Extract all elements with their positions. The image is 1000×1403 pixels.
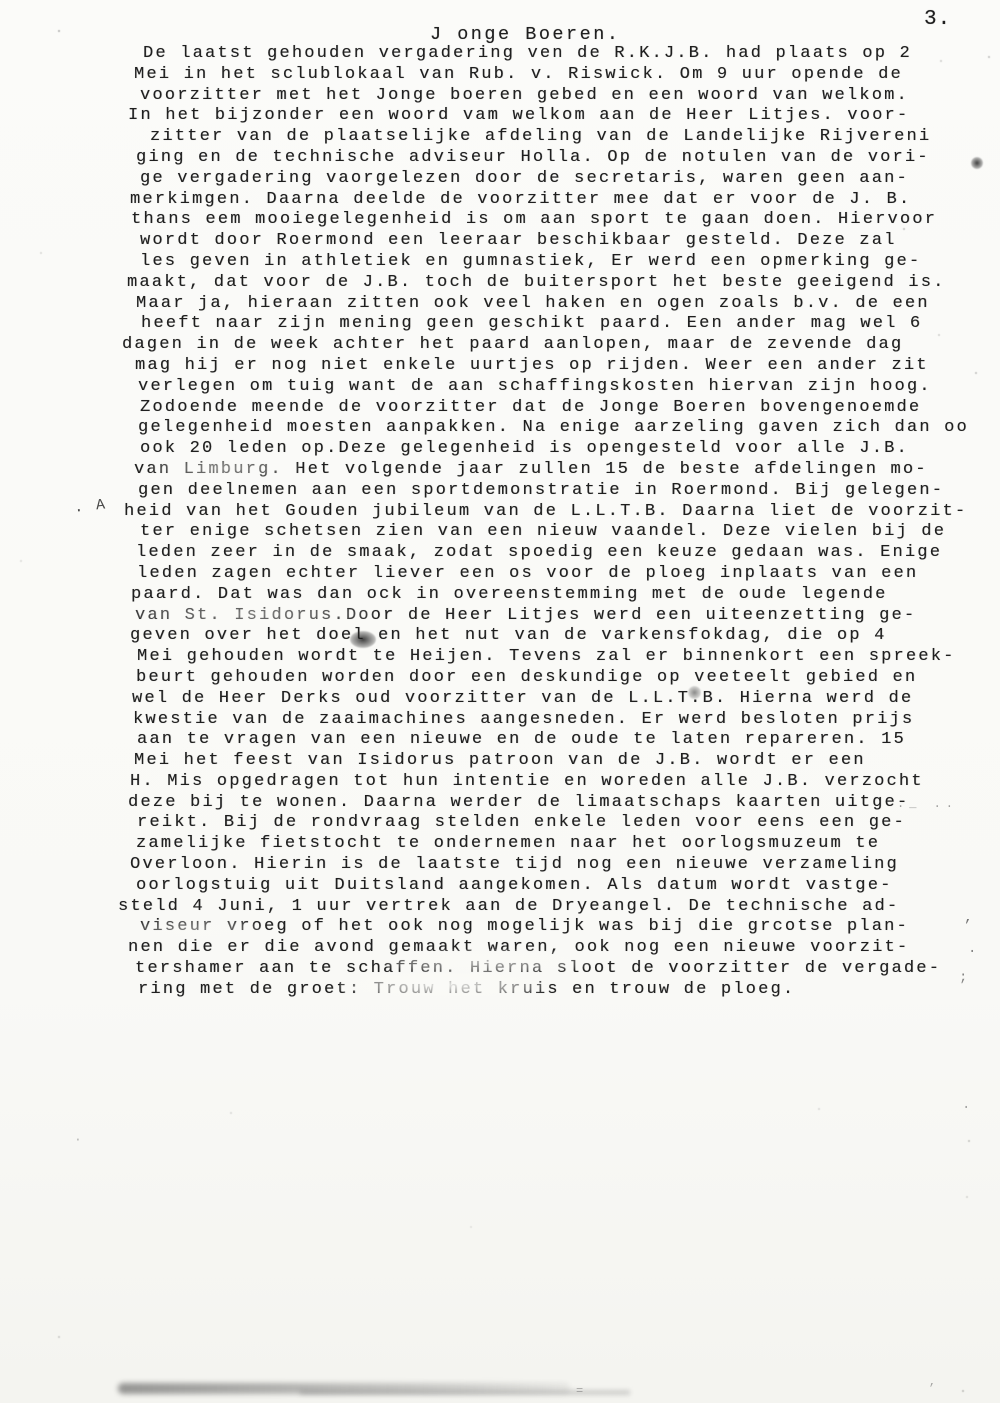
margin-annotation: . A [73, 496, 108, 516]
text-line: H. Mis opgedragen tot hun intentie en wo… [130, 772, 1000, 793]
text-line: Overloon. Hierin is de laatste tijd nog … [130, 855, 1000, 876]
scan-specks [0, 0, 2, 2]
scan-smudge-strip [118, 1383, 570, 1394]
text-line: zamelijke fietstocht te ondernemen naar … [136, 834, 1000, 855]
scan-artifact: = [576, 1384, 583, 1398]
text-line: ging en de technische adviseur Holla. Op… [136, 148, 1000, 169]
text-line: In het bijzonder een woord vam welkom aa… [128, 106, 1000, 127]
text-line: heeft naar zijn mening geen geschikt paa… [141, 314, 1000, 335]
text-line: wordt door Roermond een leeraar beschikb… [140, 231, 1000, 252]
text-line: maakt, dat voor de J.B. toch de buitersp… [127, 273, 1000, 294]
text-line: nen die er die avond gemaakt waren, ook … [128, 938, 1000, 959]
text-line: thans eem mooiegelegenheid is om aan spo… [131, 210, 1000, 231]
text-line: ter enige schetsen zien van een nieuw va… [140, 522, 1000, 543]
text-line: De laatst gehouden vergadering ven de R.… [143, 44, 1000, 65]
text-line: viseur vroeg of het ook nog mogelijk was… [140, 917, 1000, 938]
text-line: van Limburg. Het volgende jaar zullen 15… [134, 460, 1000, 481]
text-line: leden zagen echter liever een os voor de… [137, 564, 1000, 585]
scan-artifact: ’ [928, 1382, 935, 1396]
scan-artifact: · [962, 1100, 970, 1116]
text-line: reikt. Bij de rondvraag stelden enkele l… [137, 813, 1000, 834]
text-line: zitter van de plaatselijke afdeling van … [150, 127, 1000, 148]
text-line: les geven in athletiek en gumnastiek, Er… [140, 252, 1000, 273]
scan-smudge-strip [300, 1390, 630, 1395]
text-line: merkimgen. Daarna deelde de voorzitter m… [130, 190, 1000, 211]
text-line: paard. Dat was dan ock in overeenstemmin… [131, 585, 1000, 606]
text-line: heid van het Gouden jubileum van de L.L.… [124, 502, 1000, 523]
text-line: van St. Isidorus.Door de Heer Litjes wer… [135, 606, 1000, 627]
text-line: ook 20 leden op.Deze gelegenheid is open… [140, 439, 1000, 460]
text-line: voorzitter met het Jonge boeren gebed en… [140, 86, 1000, 107]
text-line: Maar ja, hieraan zitten ook veel haken e… [136, 294, 1000, 315]
text-line: dagen in de week achter het paard aanlop… [122, 335, 1000, 356]
text-line: ring met de groet: Trouw het kruis en tr… [138, 980, 1000, 1001]
text-line: verlegen om tuig want de aan schaffingsk… [138, 377, 1000, 398]
scanned-page: 3. J onge Boeren. . A De laatst gehouden… [0, 0, 1000, 1403]
page-number: 3. [924, 8, 951, 31]
text-line: aan te vragen van een nieuwe en de oude … [137, 730, 1000, 751]
text-line: oorlogstuig uit Duitsland aangekomen. Al… [136, 876, 1000, 897]
document-body: De laatst gehouden vergadering ven de R.… [130, 44, 1000, 1001]
text-line: steld 4 Juni, 1 uur vertrek aan de Dryea… [118, 897, 1000, 918]
text-line: kwestie van de zaaimachines aangesneden.… [133, 710, 1000, 731]
text-line: Mei gehouden wordt te Heijen. Tevens zal… [137, 647, 1000, 668]
text-line: Mei het feest van Isidorus patroon van d… [134, 751, 1000, 772]
text-line: wel de Heer Derks oud voorzitter van de … [132, 689, 1000, 710]
scan-artifact: · [74, 1132, 82, 1147]
text-line: beurt gehouden worden door een deskundig… [136, 668, 1000, 689]
text-line: Mei in het sclublokaal van Rub. v. Riswi… [134, 65, 1000, 86]
text-line: deze bij te wonen. Daarna werder de lima… [128, 793, 1000, 814]
text-line: tershamer aan te schaffen. Hierna sloot … [135, 959, 1000, 980]
text-line: mag hij er nog niet enkele uurtjes op ri… [135, 356, 1000, 377]
text-line: gelegenheid moesten aanpakken. Na enige … [138, 418, 1000, 439]
text-line: ge vergadering vaorgelezen door de secre… [140, 169, 1000, 190]
text-line: gen deelnemen aan een sportdemonstratie … [138, 481, 1000, 502]
text-line: leden zeer in de smaak, zodat spoedig ee… [136, 543, 1000, 564]
text-line: Zodoende meende de voorzitter dat de Jon… [140, 398, 1000, 419]
document-title: J onge Boeren. [430, 24, 620, 45]
text-line: geven over het doel en het nut van de va… [130, 626, 1000, 647]
